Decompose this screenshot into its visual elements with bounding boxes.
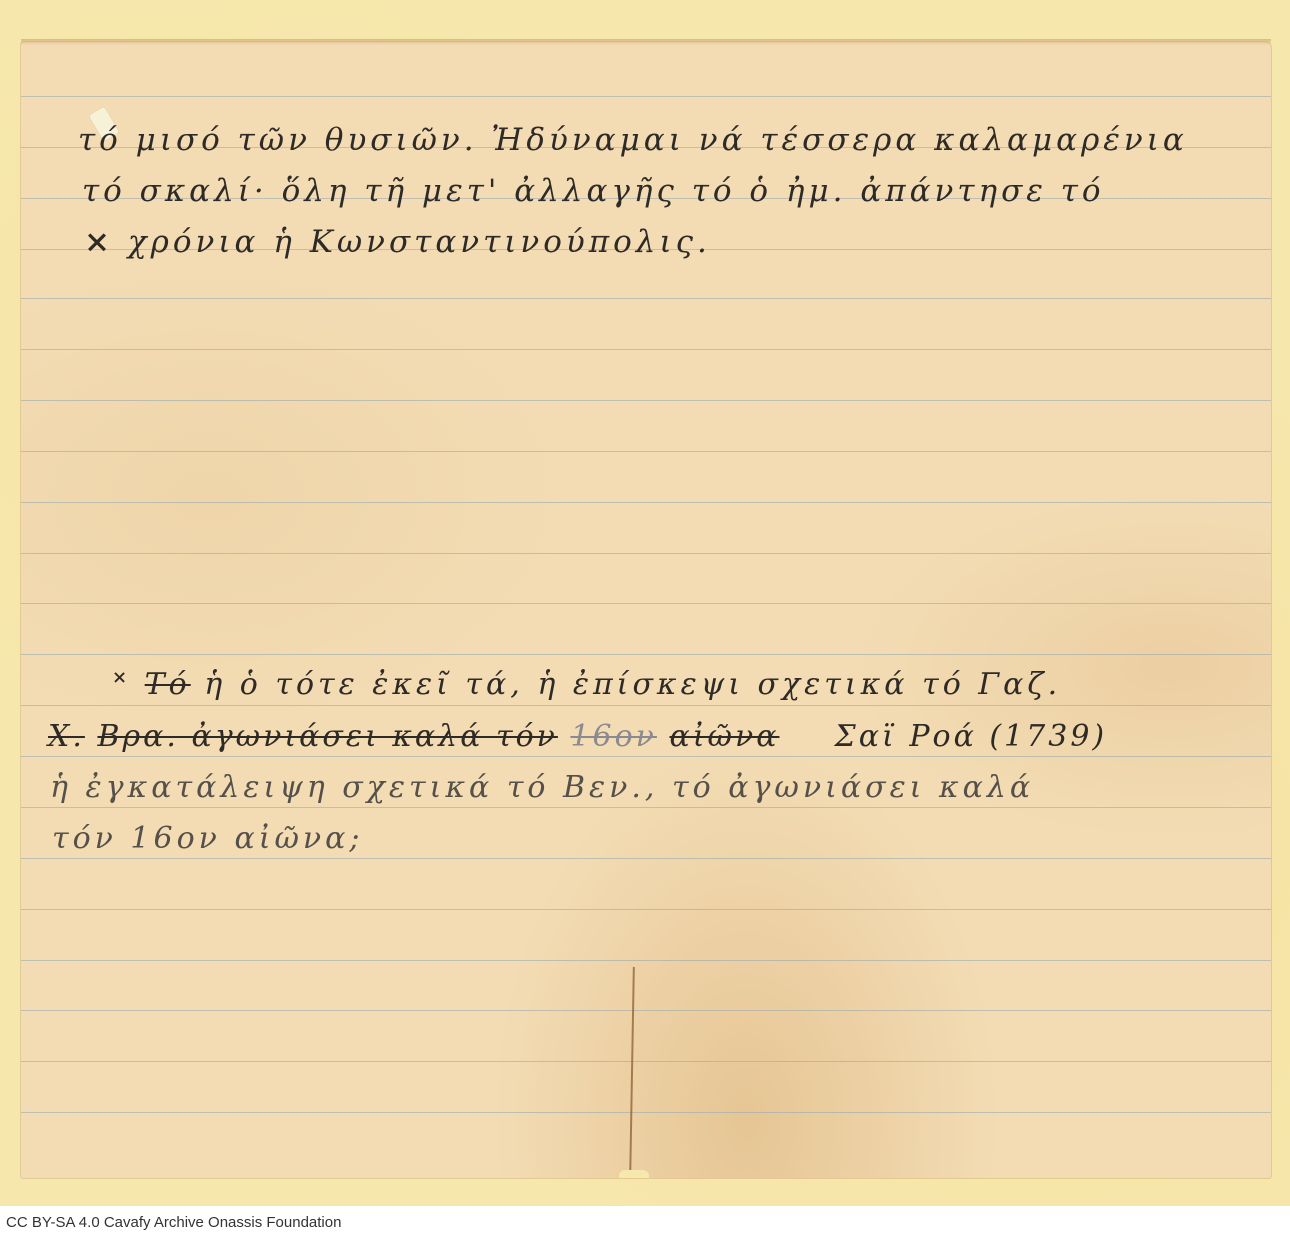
ruled-line bbox=[21, 603, 1271, 604]
ruled-line bbox=[21, 705, 1271, 706]
ruled-line bbox=[21, 553, 1271, 554]
ruled-line bbox=[21, 1112, 1271, 1113]
license-credit: CC BY-SA 4.0 Cavafy Archive Onassis Foun… bbox=[6, 1214, 341, 1231]
ruled-line bbox=[21, 1061, 1271, 1062]
struck-word: Τό bbox=[145, 667, 191, 702]
ruled-line bbox=[21, 909, 1271, 910]
paper-notch bbox=[619, 1170, 649, 1178]
struck-passage-end: αἰῶνα bbox=[669, 719, 779, 754]
ruled-line bbox=[21, 654, 1271, 655]
manuscript-sheet bbox=[21, 42, 1271, 1178]
manuscript-line-6: ἡ ἐγκατάλειψη σχετικά τό Βεν., τό ἀγωνιά… bbox=[50, 770, 1034, 805]
manuscript-line-2: τό σκαλί· ὅλη τῆ μετ' ἀλλαγῆς τό ὁ ἠμ. ἀ… bbox=[82, 173, 1105, 209]
ruled-line bbox=[21, 96, 1271, 97]
manuscript-line-5: Χ. Βρα. ἀγωνιάσει καλά τόν 16ον αἰῶνα Σα… bbox=[48, 719, 1107, 754]
manuscript-line-1: τό μισό τῶν θυσιῶν. Ἠδύναμαι νά τέσσερα … bbox=[78, 122, 1188, 158]
ruled-line bbox=[21, 807, 1271, 808]
ruled-line bbox=[21, 502, 1271, 503]
manuscript-line-3-text: χρόνια ἡ Κωνσταντινούπολις. bbox=[128, 224, 711, 260]
ruled-line bbox=[21, 298, 1271, 299]
manuscript-line-4: × Τό ἡ ὁ τότε ἐκεῖ τά, ἡ ἐπίσκεψι σχετικ… bbox=[112, 667, 1061, 702]
torn-top-edge bbox=[21, 39, 1271, 45]
ruled-line bbox=[21, 1010, 1271, 1011]
cross-mark-icon: × bbox=[84, 224, 114, 260]
ruled-line bbox=[21, 960, 1271, 961]
ruled-line bbox=[21, 349, 1271, 350]
ruled-line bbox=[21, 400, 1271, 401]
manuscript-line-5-text: Σαϊ Ροά (1739) bbox=[835, 719, 1108, 754]
paper-tear bbox=[629, 967, 635, 1178]
struck-passage-faded: 16ον bbox=[570, 719, 656, 754]
manuscript-line-3: × χρόνια ἡ Κωνσταντινούπολις. bbox=[84, 224, 711, 260]
cross-mark-icon: × bbox=[112, 667, 131, 688]
manuscript-line-4-text: ἡ ὁ τότε ἐκεῖ τά, ἡ ἐπίσκεψι σχετικά τό … bbox=[204, 667, 1061, 702]
ruled-line bbox=[21, 451, 1271, 452]
ruled-line bbox=[21, 858, 1271, 859]
ruled-line bbox=[21, 756, 1271, 757]
struck-passage: Βρα. ἀγωνιάσει καλά τόν bbox=[97, 719, 557, 754]
manuscript-line-7: τόν 16ον αἰῶνα; bbox=[52, 821, 364, 856]
margin-mark: Χ. bbox=[48, 719, 85, 754]
